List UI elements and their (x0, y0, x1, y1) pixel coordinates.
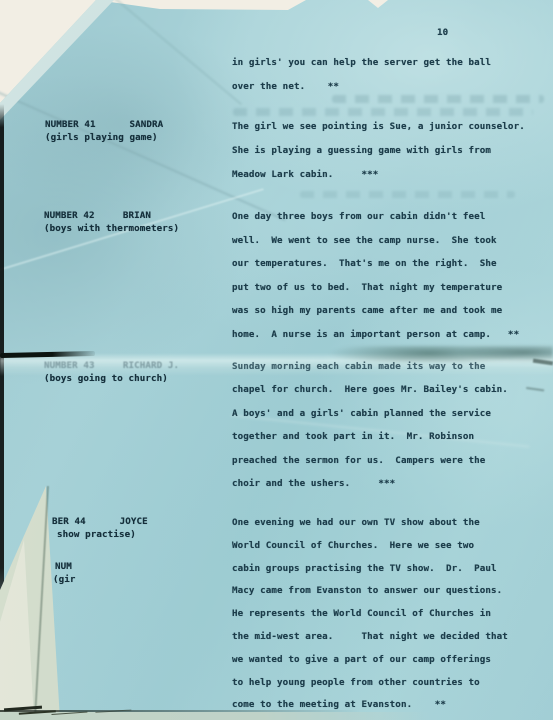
ink-bleed-ghost (233, 108, 533, 116)
script-line: A boys' and a girls' cabin planned the s… (232, 408, 491, 420)
script-line: One evening we had our own TV show about… (232, 517, 480, 529)
script-line: put two of us to bed. That night my temp… (232, 282, 502, 294)
slide-label: NUMBER 43 RICHARD J. (44, 360, 179, 372)
slide-label: BER 44 JOYCE (52, 516, 148, 528)
script-line: well. We went to see the camp nurse. She… (232, 235, 497, 247)
slide-label: show practise) (57, 529, 136, 541)
script-line: to help young people from other countrie… (232, 677, 480, 689)
script-line: World Council of Churches. Here we see t… (232, 540, 474, 552)
slide-label: (girls playing game) (45, 132, 158, 144)
script-line: over the net. ** (232, 81, 339, 93)
slide-label-fragment: NUM (55, 561, 72, 573)
script-line: Sunday morning each cabin made its way t… (232, 361, 485, 373)
ink-bleed-ghost (300, 191, 515, 198)
script-line: the mid-west area. That night we decided… (232, 631, 508, 643)
script-line: we wanted to give a part of our camp off… (232, 654, 491, 666)
bottom-edge-fold (0, 712, 430, 720)
script-line: together and took part in it. Mr. Robins… (232, 431, 474, 443)
script-line: come to the meeting at Evanston. ** (232, 699, 446, 711)
script-line: our temperatures. That's me on the right… (232, 258, 497, 270)
slide-label: (boys going to church) (44, 373, 168, 385)
slide-label-fragment: (gir (53, 574, 76, 586)
script-line: in girls' you can help the server get th… (232, 57, 491, 69)
scanned-page: 10 in girls' you can help the server get… (0, 0, 553, 720)
script-line: home. A nurse is an important person at … (232, 329, 519, 341)
script-line: One day three boys from our cabin didn't… (232, 211, 485, 223)
page-number: 10 (437, 27, 448, 39)
script-line: He represents the World Council of Churc… (232, 608, 491, 620)
script-line: Meadow Lark cabin. *** (232, 169, 378, 181)
script-line: was so high my parents came after me and… (232, 305, 502, 317)
script-line: choir and the ushers. *** (232, 478, 395, 490)
ink-bleed-ghost (332, 95, 544, 103)
script-line: She is playing a guessing game with girl… (232, 145, 491, 157)
script-line: The girl we see pointing is Sue, a junio… (232, 121, 525, 133)
slide-label: NUMBER 42 BRIAN (44, 210, 151, 222)
slide-label: (boys with thermometers) (44, 223, 179, 235)
script-line: Macy came from Evanston to answer our qu… (232, 585, 502, 597)
script-line: cabin groups practising the TV show. Dr.… (232, 563, 497, 575)
slide-label: NUMBER 41 SANDRA (45, 119, 163, 131)
script-line: chapel for church. Here goes Mr. Bailey'… (232, 384, 508, 396)
crease-smudge (328, 346, 553, 362)
script-line: preached the sermon for us. Campers were… (232, 455, 485, 467)
